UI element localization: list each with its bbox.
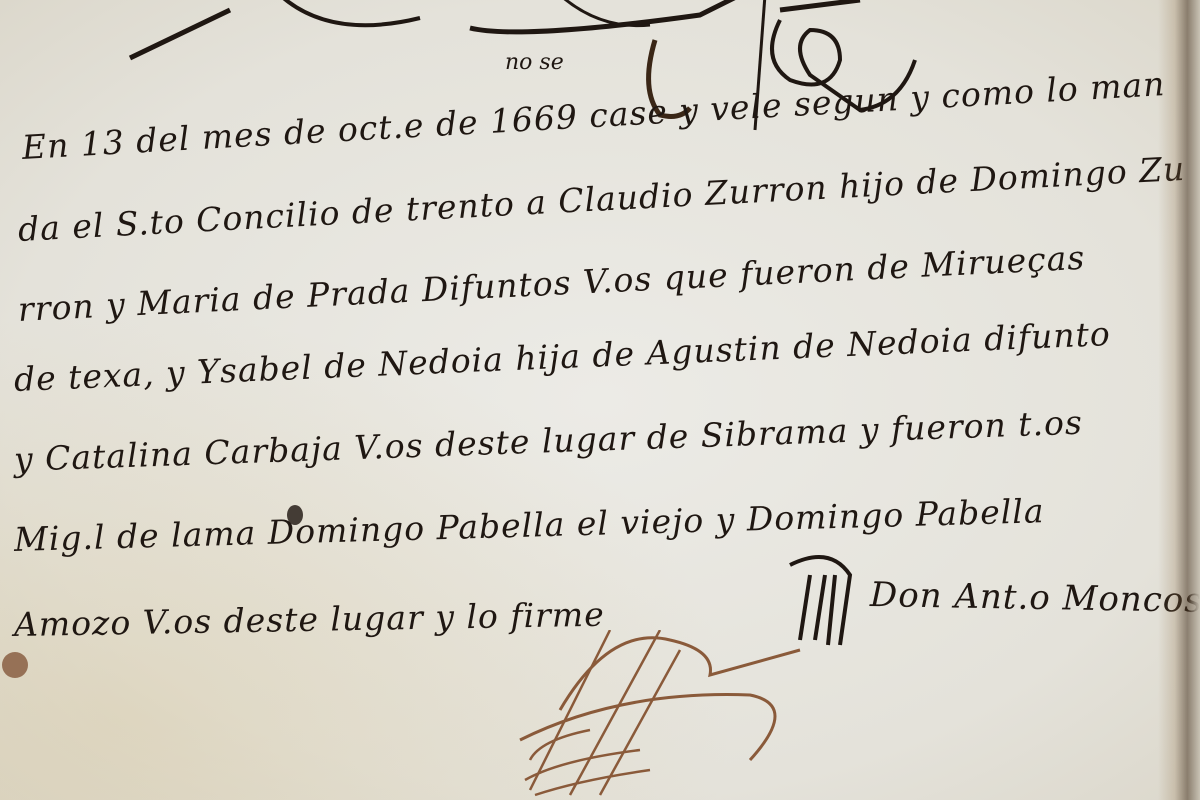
record-line-2: da el S.to Concilio de trento a Claudio … [17, 149, 1186, 249]
ink-stain [2, 652, 28, 678]
record-line-6: Mig.l de lama Domingo Pabella el viejo y… [13, 491, 1045, 559]
rubric-flourish-icon [500, 630, 820, 800]
ink-blot [287, 505, 303, 525]
signature: Don Ant.o Moncoso [870, 575, 1200, 621]
page-gutter [1158, 0, 1200, 800]
record-line-5: y Catalina Carbaja V.os deste lugar de S… [13, 403, 1083, 479]
record-line-3: rron y Maria de Prada Difuntos V.os que … [17, 238, 1086, 329]
record-line-4: de texa, y Ysabel de Nedoia hija de Agus… [13, 314, 1111, 399]
header-mark: no se [505, 50, 564, 75]
manuscript-page: no se En 13 del mes de oct.e de 1669 cas… [0, 0, 1200, 800]
